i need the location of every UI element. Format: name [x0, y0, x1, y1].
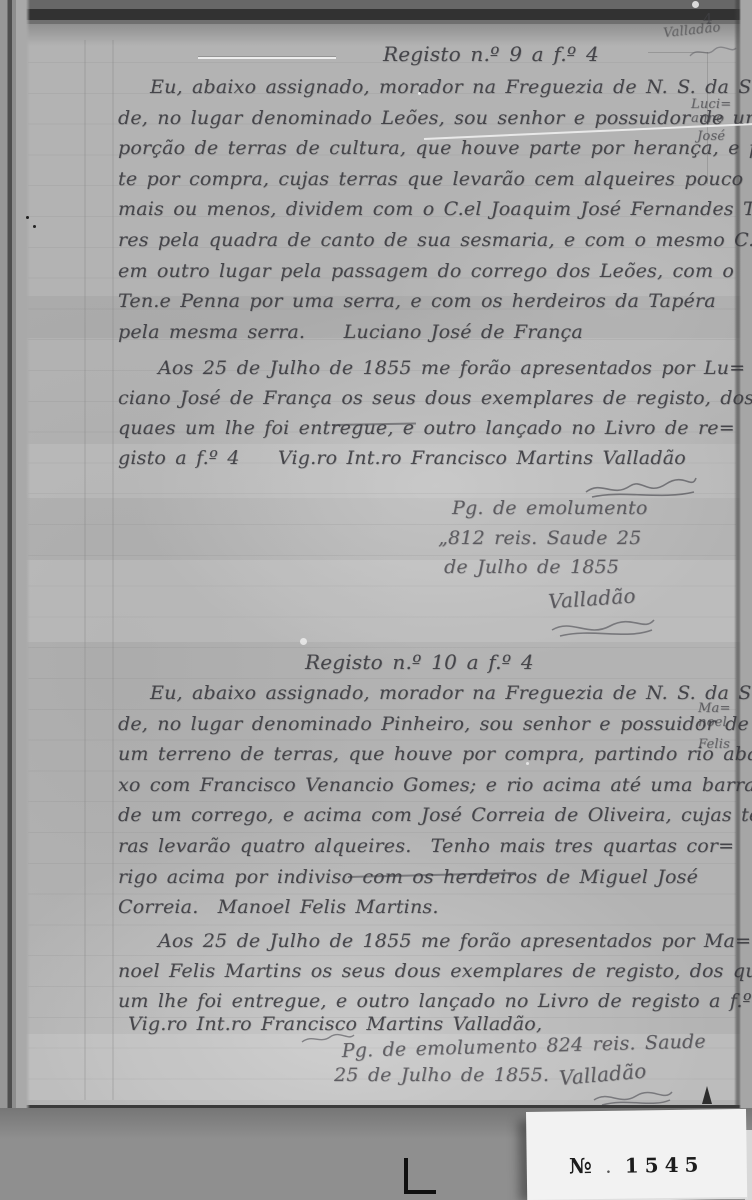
manuscript-line: porção de terras de cultura, que houve p… — [118, 137, 752, 168]
archive-number: 1545 — [625, 1153, 705, 1178]
registro9-margin-note: Luci= anno José — [691, 98, 731, 144]
manuscript-line: rigo acima por indiviso com os herdeiros… — [118, 866, 752, 897]
registro9-heading: Registo n.º 9 a f.º 4 — [383, 42, 599, 66]
manuscript-line: um terreno de terras, que houve por comp… — [118, 743, 752, 774]
page-crease — [112, 40, 114, 1100]
header-dash — [198, 57, 336, 59]
manuscript-line: em outro lugar pela passagem do corrego … — [118, 260, 752, 291]
manuscript-line: noel Felis Martins os seus dous exemplar… — [118, 960, 752, 990]
label-dot: . — [606, 1161, 611, 1177]
manuscript-line: res pela quadra de canto de sua sesmaria… — [118, 229, 752, 260]
manuscript-line: Eu, abaixo assignado, morador na Freguez… — [118, 76, 752, 107]
manuscript-line: Eu, abaixo assignado, morador na Freguez… — [118, 682, 752, 713]
manuscript-line: Correia. Manoel Felis Martins. — [118, 896, 752, 927]
registro10-paragraph1: Eu, abaixo assignado, morador na Freguez… — [118, 682, 752, 927]
archive-number-row: № . 1545 — [527, 1151, 747, 1179]
margin-note-line: Luci= — [691, 98, 731, 112]
archive-number-label: № . 1545 — [526, 1109, 747, 1200]
margin-note-line: noel — [698, 716, 731, 730]
crop-corner-mark — [404, 1158, 436, 1194]
manuscript-line: de, no lugar denominado Pinheiro, sou se… — [118, 713, 752, 744]
registro9-paragraph2: Aos 25 de Julho de 1855 me forão apresen… — [118, 357, 752, 477]
manuscript-line: quaes um lhe foi entregue, e outro lança… — [118, 417, 752, 447]
manuscript-line: Aos 25 de Julho de 1855 me forão apresen… — [118, 357, 752, 387]
manuscript-line: xo com Francisco Venancio Gomes; e rio a… — [118, 774, 752, 805]
scanned-register-page: 4 Valladão Registo n.º 9 a f.º 4 Eu, aba… — [0, 0, 752, 1200]
manuscript-line: Aos 25 de Julho de 1855 me forão apresen… — [118, 930, 752, 960]
margin-note-line: Felis — [698, 738, 731, 752]
signature-flourish — [548, 614, 658, 640]
numero-sign: № — [569, 1153, 592, 1178]
registro10-margin-note: Ma= noel Felis — [698, 702, 731, 752]
margin-note-line: Ma= — [698, 702, 731, 716]
valladao-signature: Valladão — [547, 582, 648, 613]
margin-rule-horizontal — [648, 52, 708, 53]
manuscript-line: de, no lugar denominado Leões, sou senho… — [118, 107, 752, 138]
emolumento-line: de Julho de 1855 — [444, 556, 647, 586]
scan-top-band — [0, 0, 752, 24]
margin-note-line: José — [691, 130, 731, 144]
manuscript-line: pela mesma serra. Luciano José de França — [118, 321, 752, 352]
manuscript-line: ras levarão quatro alqueires. Tenho mais… — [118, 835, 752, 866]
registro10-paragraph2: Aos 25 de Julho de 1855 me forão apresen… — [118, 930, 752, 1020]
registro10-heading: Registo n.º 10 a f.º 4 — [305, 650, 534, 674]
page-crease — [84, 40, 86, 1100]
manuscript-line: Ten.e Penna por uma serra, e com os herd… — [118, 290, 752, 321]
manuscript-line: mais ou menos, dividem com o C.el Joaqui… — [118, 198, 752, 229]
manuscript-line: de um corrego, e acima com José Correia … — [118, 804, 752, 835]
manuscript-line: te por compra, cujas terras que levarão … — [118, 168, 752, 199]
signature-flourish — [592, 1088, 676, 1108]
registro10-emolumento-line2: 25 de Julho de 1855. — [334, 1064, 549, 1086]
emolumento-line: Pg. de emolumento — [452, 497, 647, 527]
top-band-shadow — [0, 24, 752, 46]
manuscript-line: ciano José de França os seus dous exempl… — [118, 387, 752, 417]
registro9-emolumento: Pg. de emolumento „812 reis. Saude 25 de… — [452, 497, 647, 610]
ink-specks — [26, 216, 29, 219]
emolumento-line: „812 reis. Saude 25 — [438, 527, 647, 557]
registro9-paragraph1: Eu, abaixo assignado, morador na Freguez… — [118, 76, 752, 351]
book-binding-edge — [0, 0, 30, 1108]
